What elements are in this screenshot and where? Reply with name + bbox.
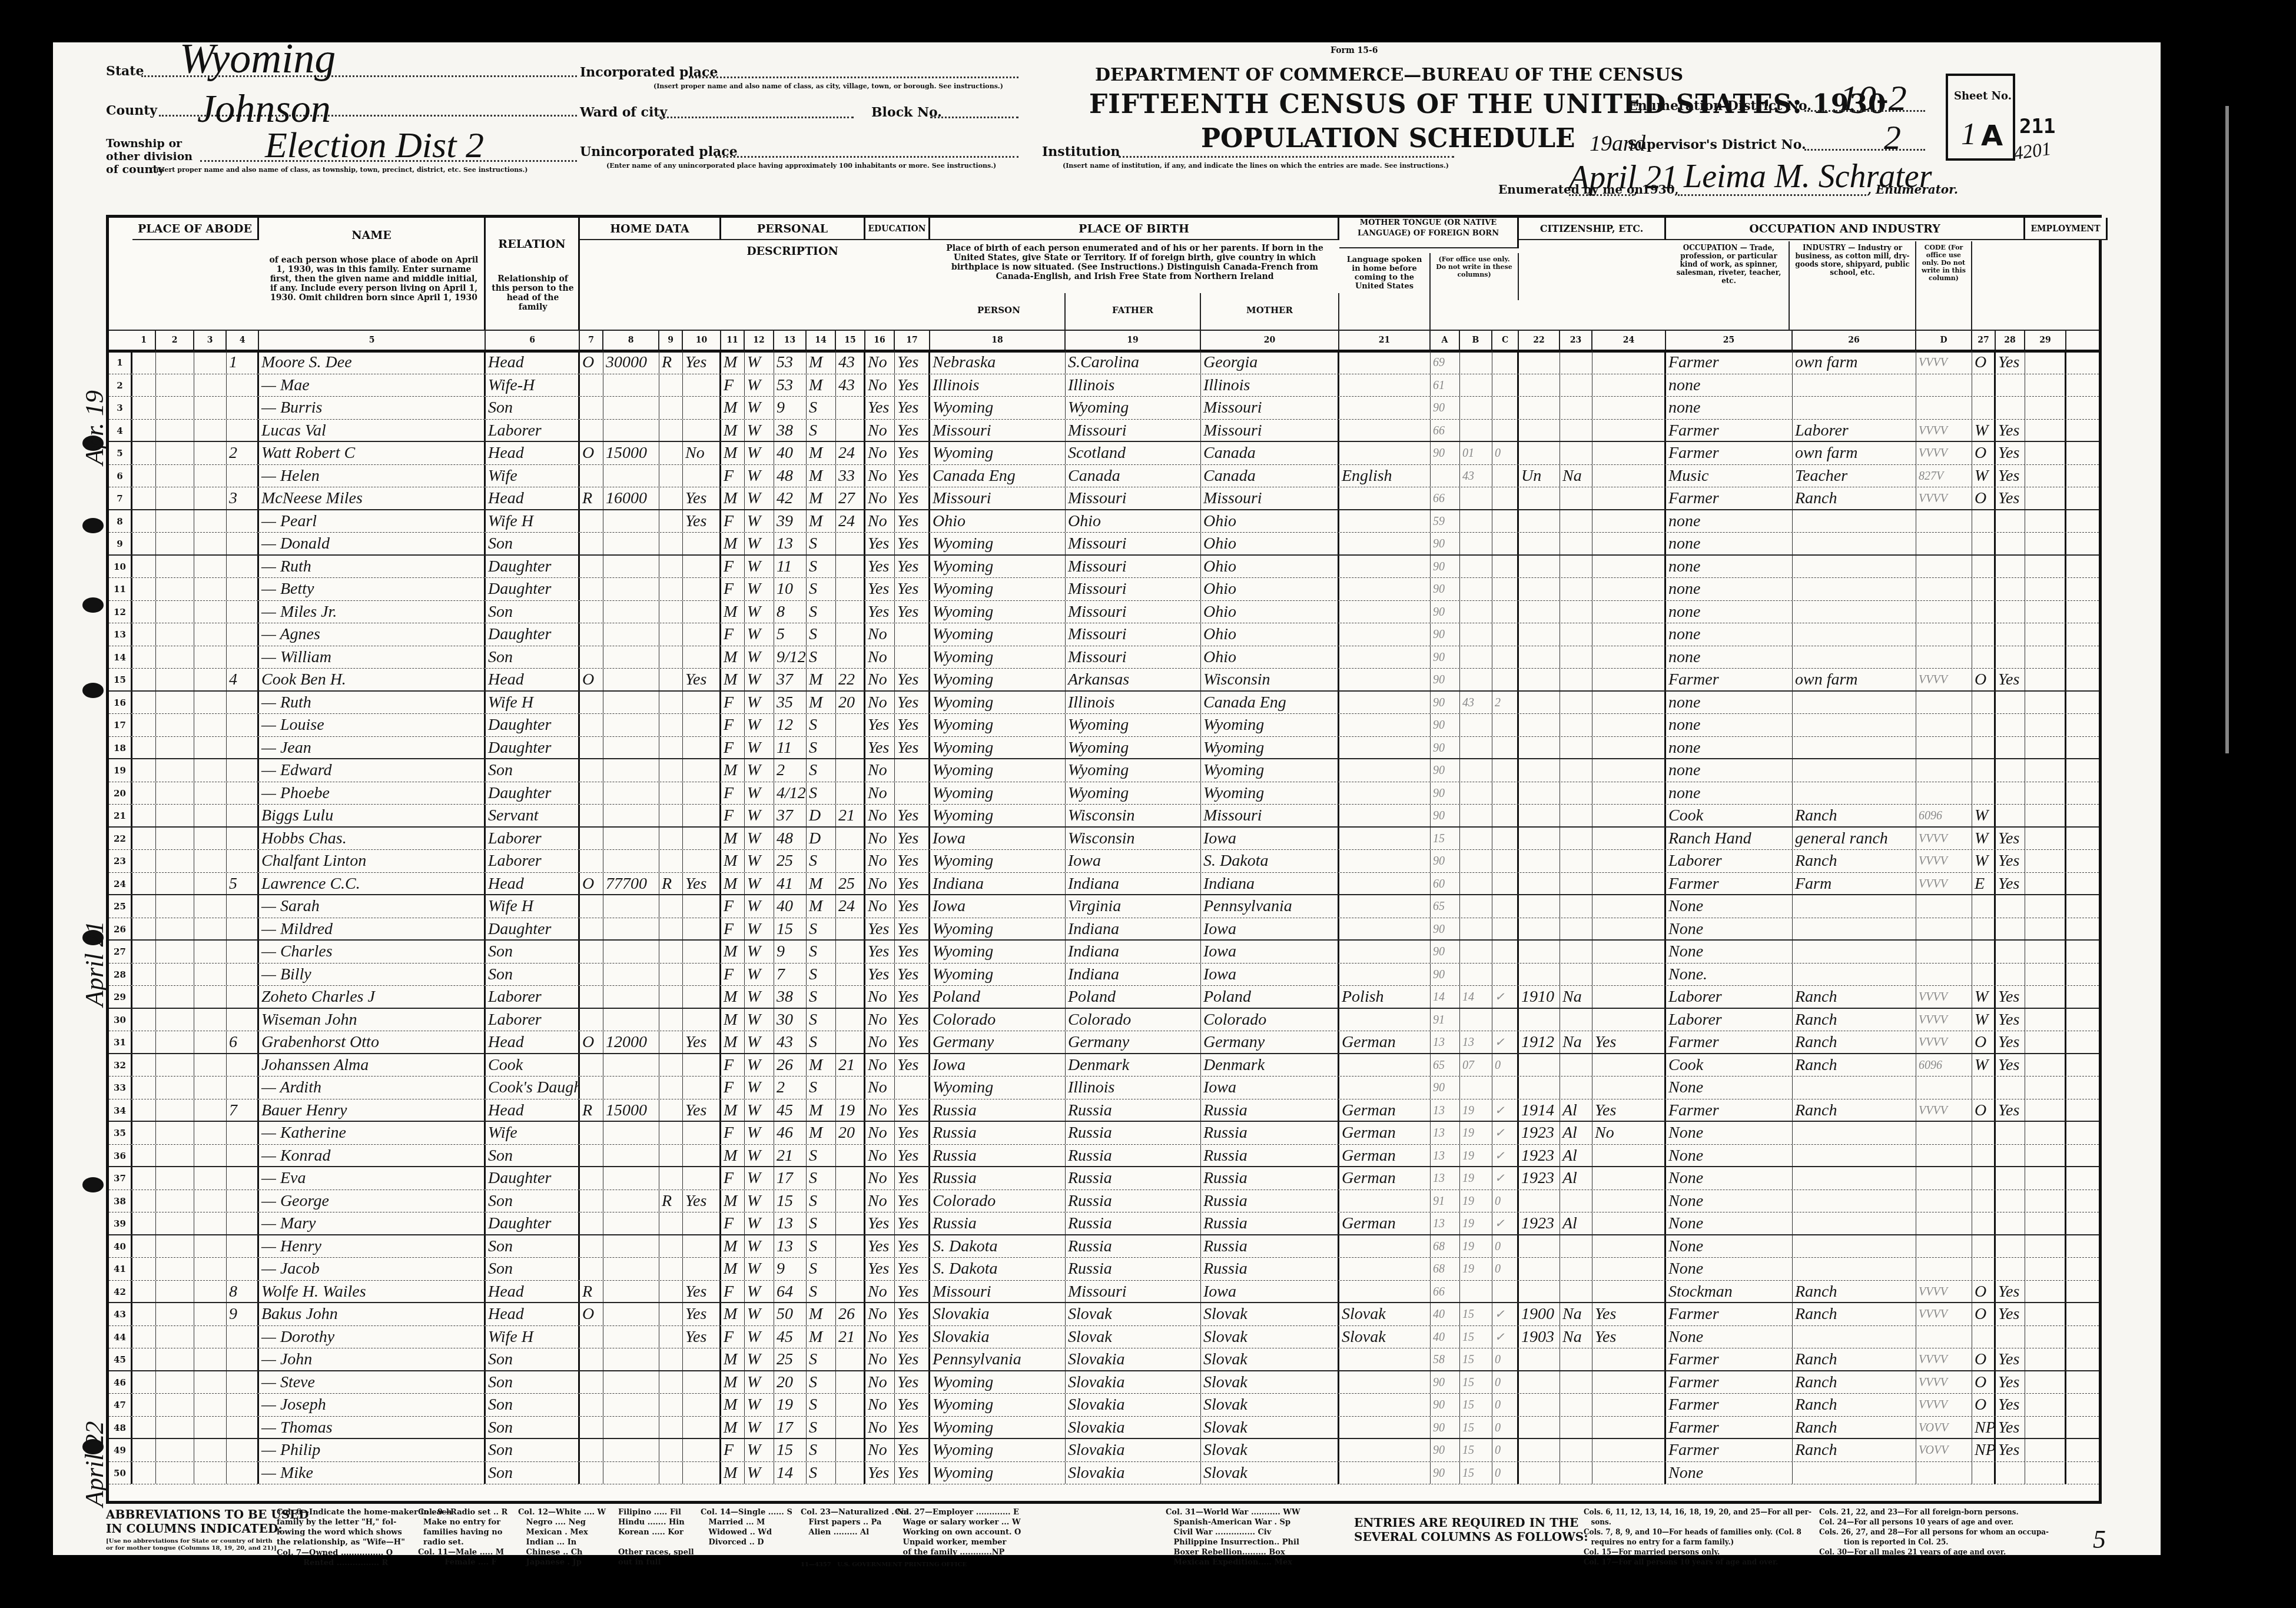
cell-family <box>227 397 259 419</box>
cell-house <box>156 351 194 374</box>
cell-race: W <box>745 1099 774 1121</box>
cell-read: Yes <box>895 669 930 690</box>
cell-name: — Sarah <box>259 895 486 918</box>
cell-occupation: Farmer <box>1666 1417 1793 1438</box>
cell-read: Yes <box>895 487 930 509</box>
cell-code-d: VVVV <box>1916 1348 1972 1370</box>
col-num: 13 <box>774 331 807 350</box>
cell-natur <box>1560 759 1592 782</box>
cell-family <box>227 1326 259 1348</box>
cell-at-work <box>1996 1258 2025 1280</box>
cell-mother-birth: S. Dakota <box>1201 850 1339 872</box>
cell-read: Yes <box>895 1190 930 1212</box>
cell-unemp <box>2025 1371 2066 1394</box>
cell-read: Yes <box>895 895 930 918</box>
cell-natur <box>1560 420 1592 441</box>
cell-code-a: 13 <box>1431 1212 1460 1234</box>
cell-read: Yes <box>895 1371 930 1394</box>
cell-code-a: 69 <box>1431 351 1460 374</box>
cell-radio <box>659 964 683 986</box>
cell-occupation: Farmer <box>1666 1371 1793 1394</box>
cell-family <box>227 692 259 714</box>
cell-school: No <box>865 1326 895 1348</box>
cell-age: 30 <box>774 1009 807 1031</box>
cell-name: Lucas Val <box>259 420 486 441</box>
cell-relation: Son <box>486 1258 580 1280</box>
cell-mother-birth: Slovak <box>1201 1303 1339 1325</box>
cell-code-b <box>1460 964 1492 986</box>
cell-name: — Edward <box>259 759 486 782</box>
cell-relation: Laborer <box>486 850 580 872</box>
cell-marital: S <box>807 1077 836 1099</box>
cell-farm: Yes <box>683 351 721 374</box>
cell-dwelling <box>194 374 227 397</box>
table-row: 3— BurrisSonMW9SYesYesWyomingWyomingMiss… <box>109 397 2099 420</box>
cell-school: No <box>865 1167 895 1190</box>
cell-owned <box>580 1439 603 1461</box>
cell-code-b: 15 <box>1460 1394 1492 1416</box>
cell-radio <box>659 759 683 782</box>
cell-mother-birth: Ohio <box>1201 556 1339 578</box>
cell-at-work <box>1996 1212 2025 1234</box>
cell-line: 35 <box>109 1122 132 1144</box>
cell-birth: Russia <box>930 1145 1066 1167</box>
cell-immig <box>1519 487 1560 509</box>
cell-street <box>132 1303 156 1325</box>
cell-language <box>1339 646 1431 669</box>
cell-farm <box>683 1348 721 1370</box>
enumerator-suffix: , Enumerator. <box>1867 182 1958 197</box>
cell-at-work <box>1996 1235 2025 1258</box>
cell-industry <box>1793 1122 1916 1144</box>
cell-language <box>1339 737 1431 759</box>
cell-owned <box>580 420 603 441</box>
cell-name: — Phoebe <box>259 782 486 805</box>
cell-dwelling <box>194 1031 227 1053</box>
cell-read <box>895 646 930 669</box>
cell-house <box>156 850 194 872</box>
cell-farm: Yes <box>683 510 721 533</box>
cell-line: 31 <box>109 1031 132 1053</box>
cell-dwelling <box>194 646 227 669</box>
cell-language <box>1339 1417 1431 1438</box>
cell-age-marriage <box>836 1281 865 1303</box>
cell-industry <box>1793 623 1916 646</box>
cell-street <box>132 556 156 578</box>
cell-code-d <box>1916 1212 1972 1234</box>
cell-unemp <box>2025 1303 2066 1325</box>
cell-mother-birth: Colorado <box>1201 1009 1339 1031</box>
cell-occupation: Farmer <box>1666 1031 1793 1053</box>
cell-street <box>132 374 156 397</box>
cell-owned <box>580 941 603 963</box>
cell-relation: Head <box>486 351 580 374</box>
cell-family <box>227 782 259 805</box>
cell-age-marriage <box>836 1145 865 1167</box>
cell-farm <box>683 1054 721 1077</box>
cell-marital: M <box>807 442 836 464</box>
cell-owned <box>580 850 603 872</box>
cell-english <box>1592 1212 1666 1234</box>
cell-farm: Yes <box>683 1031 721 1053</box>
cell-owned <box>580 556 603 578</box>
cell-class: W <box>1972 420 1996 441</box>
cell-value <box>603 1258 659 1280</box>
cell-dwelling <box>194 895 227 918</box>
cell-birth: Russia <box>930 1212 1066 1234</box>
cell-name: — Mae <box>259 374 486 397</box>
cell-marital: S <box>807 918 836 940</box>
cell-father-birth: Wisconsin <box>1066 805 1201 826</box>
cell-race: W <box>745 510 774 533</box>
cell-code-d: VVVV <box>1916 1099 1972 1121</box>
cell-language <box>1339 397 1431 419</box>
cell-radio <box>659 420 683 441</box>
cell-race: W <box>745 601 774 623</box>
cell-age: 41 <box>774 873 807 895</box>
cell-line: 7 <box>109 487 132 509</box>
cell-house <box>156 420 194 441</box>
cell-language <box>1339 828 1431 850</box>
cell-code-a: 90 <box>1431 442 1460 464</box>
table-row: 19— EdwardSonMW2SNoWyomingWyomingWyoming… <box>109 759 2099 782</box>
cell-value <box>603 1145 659 1167</box>
cell-mother-birth: Wyoming <box>1201 714 1339 736</box>
cell-sex: F <box>721 556 745 578</box>
col-num: 18 <box>930 331 1066 350</box>
cell-farm <box>683 850 721 872</box>
cell-age-marriage: 19 <box>836 1099 865 1121</box>
cell-class: O <box>1972 1281 1996 1303</box>
cell-code-c: ✓ <box>1492 1326 1519 1348</box>
cell-at-work: Yes <box>1996 873 2025 895</box>
cell-street <box>132 714 156 736</box>
cell-value <box>603 646 659 669</box>
cell-school: No <box>865 1145 895 1167</box>
cell-at-work: Yes <box>1996 850 2025 872</box>
cell-english <box>1592 1417 1666 1438</box>
cell-language <box>1339 1462 1431 1484</box>
cell-code-d: VVVV <box>1916 420 1972 441</box>
cell-english <box>1592 692 1666 714</box>
cell-read: Yes <box>895 1145 930 1167</box>
cell-farm: No <box>683 442 721 464</box>
cell-occupation: Cook <box>1666 805 1793 826</box>
cell-at-work <box>1996 918 2025 940</box>
cell-race: W <box>745 1009 774 1031</box>
cell-language <box>1339 351 1431 374</box>
cell-value <box>603 737 659 759</box>
cell-birth: Slovakia <box>930 1303 1066 1325</box>
cell-code-a: 13 <box>1431 1099 1460 1121</box>
cell-street <box>132 1439 156 1461</box>
cell-code-c <box>1492 578 1519 600</box>
cell-dwelling <box>194 828 227 850</box>
cell-code-c <box>1492 737 1519 759</box>
cell-value <box>603 850 659 872</box>
cell-natur <box>1560 828 1592 850</box>
cell-marital: S <box>807 1031 836 1053</box>
cell-english <box>1592 759 1666 782</box>
cell-mother-birth: Slovak <box>1201 1417 1339 1438</box>
cell-family: 5 <box>227 873 259 895</box>
cell-relation: Son <box>486 1371 580 1394</box>
cell-class: O <box>1972 669 1996 690</box>
group-mother-tongue: MOTHER TONGUE (OR NATIVE LANGUAGE) OF FO… <box>1339 218 1519 248</box>
cell-marital: S <box>807 601 836 623</box>
cell-street <box>132 918 156 940</box>
cell-value <box>603 895 659 918</box>
cell-immig: 1903 <box>1519 1326 1560 1348</box>
table-row: 33— ArdithCook's DaughterFW2SNoWyomingIl… <box>109 1077 2099 1099</box>
cell-dwelling <box>194 1394 227 1416</box>
cell-code-d <box>1916 623 1972 646</box>
table-row: 347Bauer HenryHeadR15000YesMW45M19NoYesR… <box>109 1099 2099 1122</box>
cell-code-d: VVVV <box>1916 487 1972 509</box>
col-num: 16 <box>865 331 895 350</box>
cell-language <box>1339 487 1431 509</box>
cell-name: — Agnes <box>259 623 486 646</box>
cell-code-c <box>1492 1281 1519 1303</box>
cell-occupation: Farmer <box>1666 1099 1793 1121</box>
cell-farm <box>683 941 721 963</box>
cell-unemp <box>2025 1348 2066 1370</box>
cell-sex: F <box>721 465 745 487</box>
cell-read: Yes <box>895 397 930 419</box>
cell-line: 40 <box>109 1235 132 1258</box>
cell-sex: F <box>721 805 745 826</box>
cell-immig <box>1519 397 1560 419</box>
cell-race: W <box>745 805 774 826</box>
cell-owned <box>580 646 603 669</box>
cell-owned <box>580 895 603 918</box>
cell-language <box>1339 805 1431 826</box>
cell-code-a: 90 <box>1431 623 1460 646</box>
col-num: 4 <box>227 331 259 350</box>
cell-occupation: None <box>1666 1258 1793 1280</box>
cell-street <box>132 578 156 600</box>
cell-age-marriage <box>836 1235 865 1258</box>
cell-language <box>1339 1281 1431 1303</box>
cell-class <box>1972 374 1996 397</box>
cell-farm <box>683 1145 721 1167</box>
cell-line: 1 <box>109 351 132 374</box>
cell-code-c: ✓ <box>1492 1212 1519 1234</box>
cell-sex: F <box>721 1212 745 1234</box>
cell-unemp <box>2025 374 2066 397</box>
cell-dwelling <box>194 510 227 533</box>
cell-age: 12 <box>774 714 807 736</box>
cell-immig: 1912 <box>1519 1031 1560 1053</box>
cell-unemp <box>2025 895 2066 918</box>
group-citizenship: CITIZENSHIP, ETC. <box>1519 218 1666 240</box>
cell-street <box>132 692 156 714</box>
cell-birth: Russia <box>930 1099 1066 1121</box>
cell-farm <box>683 374 721 397</box>
cell-birth: Wyoming <box>930 964 1066 986</box>
cell-sex: M <box>721 442 745 464</box>
cell-class <box>1972 964 1996 986</box>
cell-line: 26 <box>109 918 132 940</box>
cell-age: 25 <box>774 1348 807 1370</box>
cell-code-a: 91 <box>1431 1009 1460 1031</box>
cell-relation: Laborer <box>486 420 580 441</box>
cell-immig <box>1519 1417 1560 1438</box>
cell-unemp <box>2025 1235 2066 1258</box>
col-mother-head: MOTHER <box>1201 293 1339 330</box>
cell-farm <box>683 964 721 986</box>
cell-family <box>227 1009 259 1031</box>
table-row: 44— DorothyWife HYesFW45M21NoYesSlovakia… <box>109 1326 2099 1349</box>
cell-code-c <box>1492 510 1519 533</box>
cell-dwelling <box>194 556 227 578</box>
cell-natur <box>1560 1394 1592 1416</box>
cell-at-work: Yes <box>1996 1054 2025 1077</box>
cell-father-birth: Russia <box>1066 1190 1201 1212</box>
cell-race: W <box>745 465 774 487</box>
cell-industry <box>1793 578 1916 600</box>
cell-dwelling <box>194 1099 227 1121</box>
cell-age-marriage <box>836 1167 865 1190</box>
cell-age: 11 <box>774 737 807 759</box>
unincorporated-label: Unincorporated place <box>580 144 738 160</box>
cell-line: 23 <box>109 850 132 872</box>
cell-name: — Mildred <box>259 918 486 940</box>
cell-radio <box>659 1167 683 1190</box>
cell-school: No <box>865 1394 895 1416</box>
cell-street <box>132 1031 156 1053</box>
cell-house <box>156 1212 194 1234</box>
institution-line <box>1119 156 1454 158</box>
cell-at-work <box>1996 1122 2025 1144</box>
table-row: 21Biggs LuluServantFW37D21NoYesWyomingWi… <box>109 805 2099 828</box>
cell-natur <box>1560 1235 1592 1258</box>
cell-value <box>603 578 659 600</box>
cell-age: 38 <box>774 986 807 1008</box>
table-row: 11Moore S. DeeHeadO30000RYesMW53M43NoYes… <box>109 351 2099 374</box>
cell-marital: D <box>807 828 836 850</box>
unincorporated-note: (Enter name of any unincorporated place … <box>606 162 996 170</box>
cell-owned <box>580 1145 603 1167</box>
cell-code-c: 0 <box>1492 1348 1519 1370</box>
cell-code-b <box>1460 420 1492 441</box>
cell-unemp <box>2025 1462 2066 1484</box>
cell-age-marriage: 27 <box>836 487 865 509</box>
cell-owned <box>580 714 603 736</box>
cell-code-b <box>1460 1281 1492 1303</box>
cell-read: Yes <box>895 351 930 374</box>
cell-class <box>1972 397 1996 419</box>
cell-value <box>603 1439 659 1461</box>
cell-family <box>227 805 259 826</box>
cell-code-a: 90 <box>1431 850 1460 872</box>
cell-code-c <box>1492 941 1519 963</box>
cell-name: Watt Robert C <box>259 442 486 464</box>
cell-natur: Al <box>1560 1212 1592 1234</box>
cell-race: W <box>745 895 774 918</box>
cell-relation: Daughter <box>486 623 580 646</box>
cell-father-birth: Poland <box>1066 986 1201 1008</box>
cell-family: 1 <box>227 351 259 374</box>
cell-code-b <box>1460 351 1492 374</box>
cell-mother-birth: Missouri <box>1201 805 1339 826</box>
table-row: 22Hobbs Chas.LaborerMW48DNoYesIowaWiscon… <box>109 828 2099 850</box>
table-row: 13— AgnesDaughterFW5SNoWyomingMissouriOh… <box>109 623 2099 646</box>
cell-age-marriage <box>836 601 865 623</box>
cell-marital: M <box>807 1099 836 1121</box>
cell-house <box>156 1394 194 1416</box>
cell-age: 35 <box>774 692 807 714</box>
cell-at-work <box>1996 692 2025 714</box>
cell-house <box>156 1348 194 1370</box>
cell-english <box>1592 1439 1666 1461</box>
cell-code-b <box>1460 623 1492 646</box>
cell-natur <box>1560 374 1592 397</box>
cell-family <box>227 374 259 397</box>
cell-street <box>132 669 156 690</box>
cell-radio <box>659 1099 683 1121</box>
cell-line: 11 <box>109 578 132 600</box>
cell-radio: R <box>659 1190 683 1212</box>
cell-house <box>156 805 194 826</box>
cell-dwelling <box>194 1439 227 1461</box>
cell-age: 9 <box>774 1258 807 1280</box>
cell-line: 28 <box>109 964 132 986</box>
cell-marital: S <box>807 1167 836 1190</box>
col-code-head: CODE (For office use only. Do not write … <box>1916 241 1972 330</box>
cell-race: W <box>745 578 774 600</box>
cell-house <box>156 1326 194 1348</box>
cell-school: No <box>865 850 895 872</box>
cell-family <box>227 1235 259 1258</box>
cell-class: O <box>1972 1303 1996 1325</box>
cell-language <box>1339 510 1431 533</box>
cell-unemp <box>2025 510 2066 533</box>
col-num: 27 <box>1972 331 1996 350</box>
cell-name: — Steve <box>259 1371 486 1394</box>
cell-family <box>227 850 259 872</box>
ward-line <box>659 117 854 118</box>
cell-sex: M <box>721 1348 745 1370</box>
cell-occupation: none <box>1666 646 1793 669</box>
cell-value: 15000 <box>603 1099 659 1121</box>
cell-read: Yes <box>895 420 930 441</box>
cell-read: Yes <box>895 1031 930 1053</box>
abbrev-col12: Col. 12—White .... W Negro .... Neg Mexi… <box>518 1507 606 1567</box>
cell-father-birth: Russia <box>1066 1258 1201 1280</box>
cell-sex: M <box>721 1031 745 1053</box>
cell-code-d <box>1916 397 1972 419</box>
table-row: 316Grabenhorst OttoHeadO12000YesMW43SNoY… <box>109 1031 2099 1054</box>
cell-relation: Daughter <box>486 1212 580 1234</box>
stamp-number: 211 <box>2019 115 2055 138</box>
cell-occupation: None <box>1666 1167 1793 1190</box>
cell-code-a: 90 <box>1431 692 1460 714</box>
cell-code-d: VOVV <box>1916 1439 1972 1461</box>
cell-value <box>603 964 659 986</box>
cell-value <box>603 1054 659 1077</box>
cell-relation: Cook's Daughter <box>486 1077 580 1099</box>
cell-marital: S <box>807 623 836 646</box>
cell-marital: M <box>807 510 836 533</box>
cell-relation: Son <box>486 397 580 419</box>
cell-language <box>1339 782 1431 805</box>
cell-owned <box>580 1235 603 1258</box>
cell-radio <box>659 986 683 1008</box>
cell-class: O <box>1972 1031 1996 1053</box>
cell-value <box>603 1009 659 1031</box>
cell-english <box>1592 397 1666 419</box>
